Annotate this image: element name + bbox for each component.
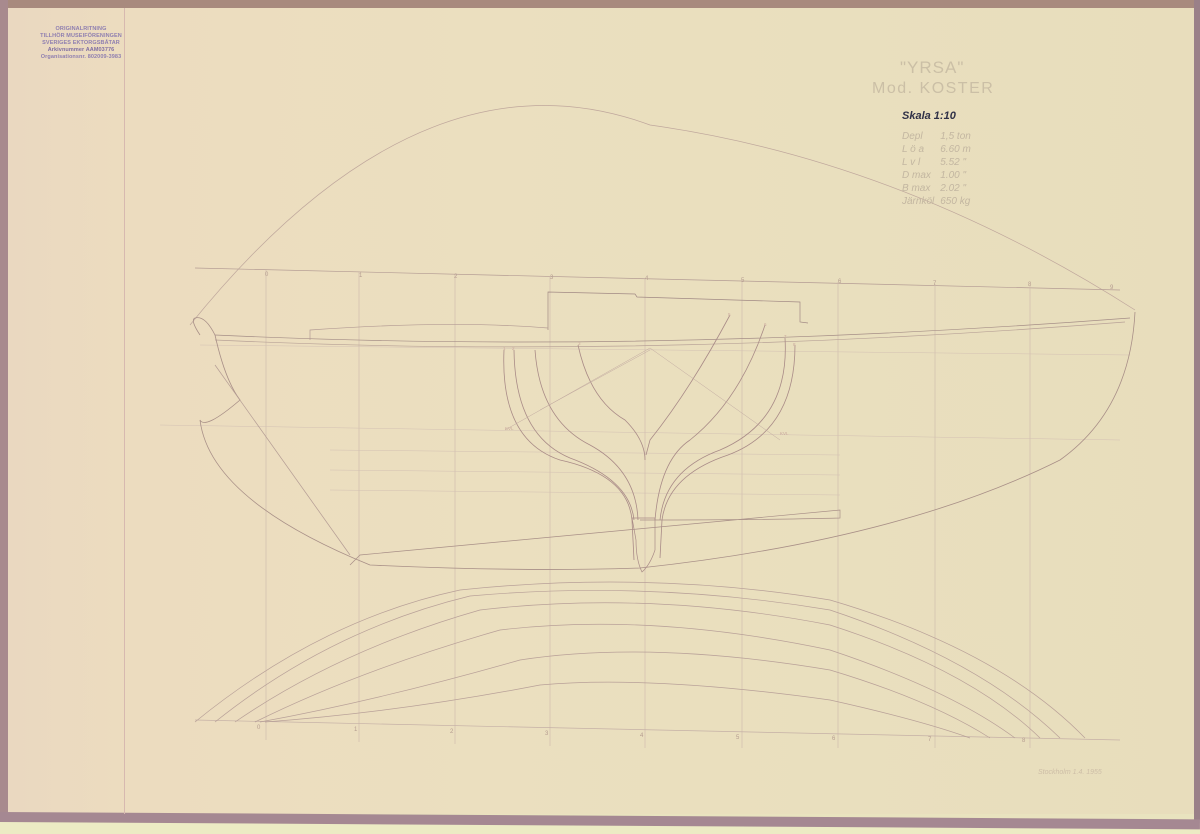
stamp-archive-label: Arkivnummer [48, 47, 85, 53]
stamp-org-row: Organisationsnr. 802009-3983 [30, 54, 132, 61]
body-station-label: 7 [784, 334, 787, 339]
stamp-org-label: Organisationsnr. [41, 54, 86, 60]
spec-value: 1.00 " [940, 169, 977, 182]
stamp-archive-row: Arkivnummer AAM03776 [30, 47, 132, 54]
top-arc [190, 105, 1135, 325]
spec-value: 2.02 " [940, 182, 977, 195]
keel-outline [350, 510, 840, 565]
hb-station-number: 0 [257, 725, 260, 731]
spec-row: D max1.00 " [902, 169, 977, 182]
spec-table: Depl1,5 ton L ö a6.60 m L v l5.52 " D ma… [902, 130, 977, 208]
spec-row: L v l5.52 " [902, 156, 977, 169]
spec-value: 1,5 ton [940, 130, 977, 143]
spec-label: B max [902, 182, 940, 195]
hb-station-number: 4 [640, 733, 643, 739]
station-number: 0 [265, 272, 268, 278]
spec-value: 5.52 " [940, 156, 977, 169]
body-station-label: 3 [578, 341, 581, 346]
body-station-label: 2 [512, 346, 515, 351]
sheer-line [215, 318, 1130, 342]
waterline-label: KVL [780, 431, 789, 436]
spec-label: Järnköl [902, 195, 940, 208]
spec-value: 6.60 m [940, 143, 977, 156]
body-station-label: 8 [793, 342, 796, 347]
spec-label: D max [902, 169, 940, 182]
body-station-label: 5 [728, 312, 731, 317]
stamp-line-3: SVERIGES EKTORGSBÅTAR [30, 40, 132, 47]
waterline-label: KVL [505, 426, 514, 431]
station-number: 3 [550, 275, 553, 281]
station-baseline [195, 268, 1120, 290]
station-number: 6 [838, 279, 841, 285]
hb-station-number: 2 [450, 729, 453, 735]
hb-station-number: 1 [354, 727, 357, 733]
museum-stamp: ORIGINALRITNING TILLHÖR MUSEIFÖRENINGEN … [30, 26, 132, 61]
station-number: 1 [359, 273, 362, 279]
body-station-label: 1 [503, 346, 506, 351]
cabin-outline [548, 292, 808, 330]
spec-label: L v l [902, 156, 940, 169]
station-number: 5 [741, 278, 744, 284]
body-station-label: 6 [764, 322, 767, 327]
hb-station-number: 6 [832, 736, 835, 742]
spec-label: Depl [902, 130, 940, 143]
spec-label: L ö a [902, 143, 940, 156]
boat-model: Mod. KOSTER [872, 80, 1002, 98]
lines-plan-drawing [0, 0, 1200, 834]
station-number: 9 [1110, 285, 1113, 291]
hb-station-number: 8 [1022, 738, 1025, 744]
half-breadth-curves [195, 582, 1085, 738]
station-number: 8 [1028, 282, 1031, 288]
hull-profile [193, 312, 1135, 569]
half-breadth-baseline [195, 720, 1120, 740]
spec-row: L ö a6.60 m [902, 143, 977, 156]
hb-station-number: 5 [736, 735, 739, 741]
spec-value: 650 kg [940, 195, 977, 208]
stamp-line-1: ORIGINALRITNING [30, 26, 132, 33]
station-lines [266, 270, 1030, 748]
spec-row: Depl1,5 ton [902, 130, 977, 143]
station-number: 4 [645, 276, 648, 282]
stamp-line-2: TILLHÖR MUSEIFÖRENINGEN [30, 33, 132, 40]
hb-station-number: 3 [545, 731, 548, 737]
spec-row: B max2.02 " [902, 182, 977, 195]
stamp-archive-number: AAM03776 [86, 47, 115, 53]
signature-date: Stockholm 1.4. 1955 [1038, 769, 1102, 776]
stamp-org-number: 802009-3983 [88, 54, 122, 60]
station-number: 2 [454, 274, 457, 280]
drawing-scale: Skala 1:10 [902, 110, 956, 122]
station-number: 7 [933, 281, 936, 287]
boat-name: "YRSA" [872, 58, 1002, 78]
hb-station-number: 7 [928, 737, 931, 743]
spec-row: Järnköl650 kg [902, 195, 977, 208]
title-block: "YRSA" Mod. KOSTER Skala 1:10 Depl1,5 to… [872, 58, 1002, 98]
